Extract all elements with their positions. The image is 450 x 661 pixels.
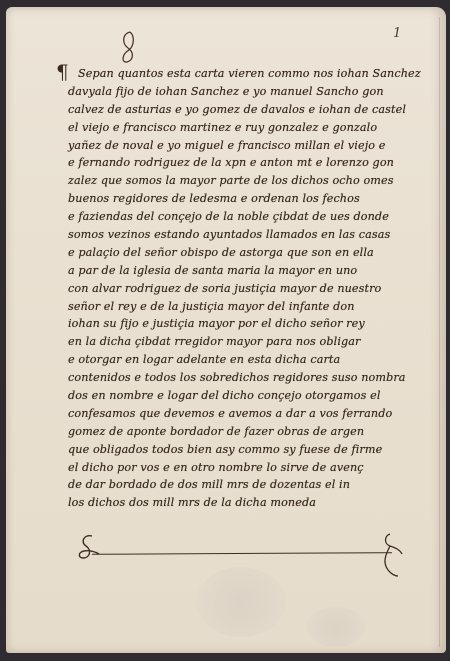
- text-line: davyala fijo de iohan Sanchez e yo manue…: [68, 83, 408, 101]
- top-flourish-icon: [118, 30, 140, 66]
- paper-stain: [306, 607, 366, 647]
- manuscript-text: Sepan quantos esta carta vieren commo no…: [68, 65, 408, 512]
- text-line: yañez de noval e yo miguel e francisco m…: [68, 137, 408, 155]
- paper-stain: [196, 567, 286, 637]
- opening-mark: ¶: [56, 60, 69, 84]
- text-line: señor el rey e de la justiçia mayor del …: [68, 298, 408, 316]
- text-line: que obligados todos bien asy commo sy fu…: [68, 441, 408, 459]
- text-line: en la dicha çibdat rregidor mayor para n…: [68, 333, 408, 351]
- text-line: el viejo e francisco martinez e ruy gonz…: [68, 119, 408, 137]
- text-line: e faziendas del conçejo de la noble çibd…: [68, 208, 408, 226]
- text-line: calvez de asturias e yo gomez de davalos…: [68, 101, 408, 119]
- text-line: los dichos dos mill mrs de la dicha mone…: [68, 494, 408, 512]
- text-line: de dar bordado de dos mill mrs de dozent…: [68, 476, 408, 494]
- text-line: con alvar rodriguez de soria justiçia ma…: [68, 280, 408, 298]
- text-line: buenos regidores de ledesma e ordenan lo…: [68, 190, 408, 208]
- text-line: e fernando rodriguez de la xpn e anton m…: [68, 154, 408, 172]
- text-line: gomez de aponte bordador de fazer obras …: [68, 423, 408, 441]
- text-line: a par de la iglesia de santa maria la ma…: [68, 262, 408, 280]
- text-line: zalez que somos la mayor parte de los di…: [68, 172, 408, 190]
- text-line: Sepan quantos esta carta vieren commo no…: [68, 65, 408, 83]
- text-line: confesamos que devemos e avemos a dar a …: [68, 405, 408, 423]
- folio-number: 1: [393, 26, 401, 41]
- text-line: dos en nombre e logar del dicho conçejo …: [68, 387, 408, 405]
- text-line: iohan su fijo e justiçia mayor por el di…: [68, 315, 408, 333]
- text-line: el dicho por vos e en otro nombre lo sir…: [68, 459, 408, 477]
- bottom-right-flourish-icon: [378, 532, 408, 580]
- bottom-left-flourish-icon: [72, 532, 102, 562]
- text-line: contenidos e todos los sobredichos regid…: [68, 369, 408, 387]
- text-line: e otorgar en logar adelante en esta dich…: [68, 351, 408, 369]
- text-line: somos vezinos estando ayuntados llamados…: [68, 226, 408, 244]
- text-line: e palaçio del señor obispo de astorga qu…: [68, 244, 408, 262]
